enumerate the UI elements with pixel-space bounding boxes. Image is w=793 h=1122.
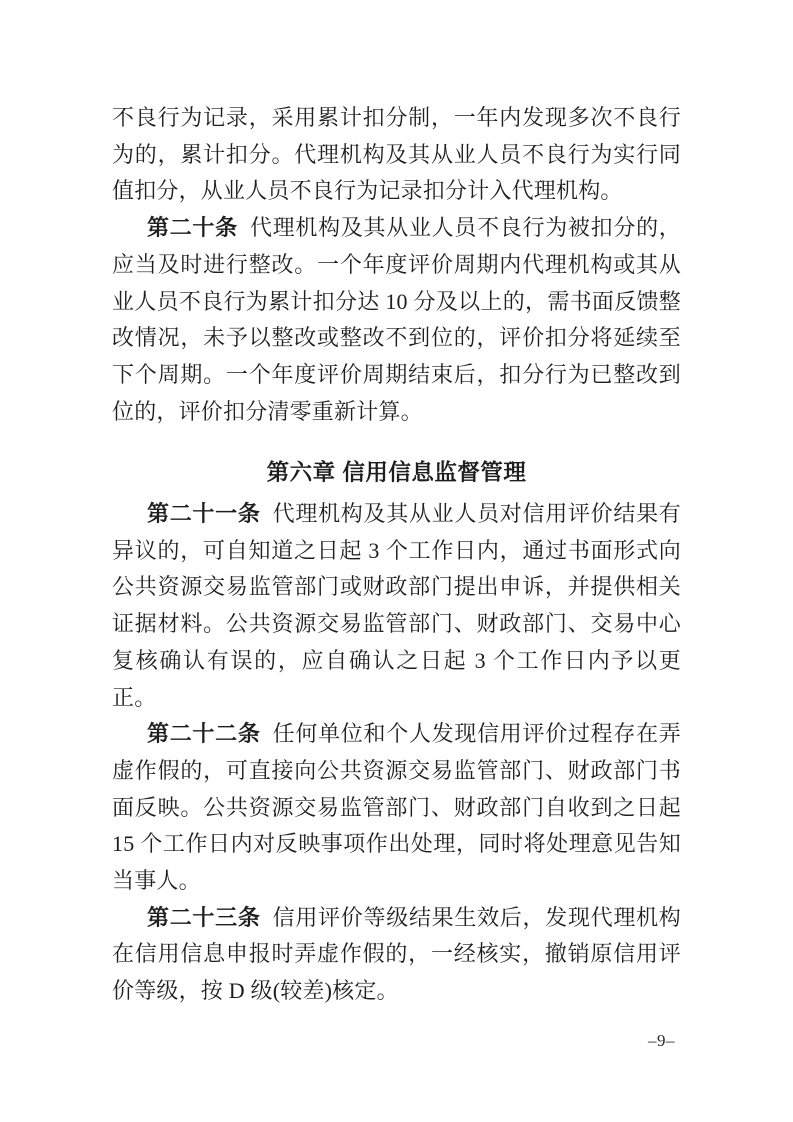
article-23-label: 第二十三条 (147, 905, 261, 930)
document-page: 不良行为记录，采用累计扣分制，一年内发现多次不良行为的，累计扣分。代理机构及其从… (0, 0, 793, 1122)
article-23-paragraph: 第二十三条信用评价等级结果生效后，发现代理机构在信用信息申报时弄虚作假的，一经核… (112, 900, 681, 1010)
document-body: 不良行为记录，采用累计扣分制，一年内发现多次不良行为的，累计扣分。代理机构及其从… (112, 100, 681, 1010)
article-22-text: 任何单位和个人发现信用评价过程存在弄虚作假的，可直接向公共资源交易监管部门、财政… (112, 721, 681, 893)
article-21-label: 第二十一条 (147, 501, 261, 526)
article-20-paragraph: 第二十条代理机构及其从业人员不良行为被扣分的，应当及时进行整改。一个年度评价周期… (112, 210, 681, 430)
article-21-paragraph: 第二十一条代理机构及其从业人员对信用评价结果有异议的，可自知道之日起 3 个工作… (112, 496, 681, 716)
paragraph-continuation: 不良行为记录，采用累计扣分制，一年内发现多次不良行为的，累计扣分。代理机构及其从… (112, 100, 681, 210)
chapter-6-heading: 第六章 信用信息监督管理 (112, 455, 681, 492)
page-footer: –9– (648, 1031, 675, 1051)
article-21-text: 代理机构及其从业人员对信用评价结果有异议的，可自知道之日起 3 个工作日内，通过… (112, 501, 681, 710)
page-number: –9– (648, 1031, 675, 1050)
article-20-label: 第二十条 (147, 215, 238, 240)
article-22-paragraph: 第二十二条任何单位和个人发现信用评价过程存在弄虚作假的，可直接向公共资源交易监管… (112, 716, 681, 900)
article-20-text: 代理机构及其从业人员不良行为被扣分的，应当及时进行整改。一个年度评价周期内代理机… (112, 215, 681, 424)
article-22-label: 第二十二条 (147, 721, 261, 746)
